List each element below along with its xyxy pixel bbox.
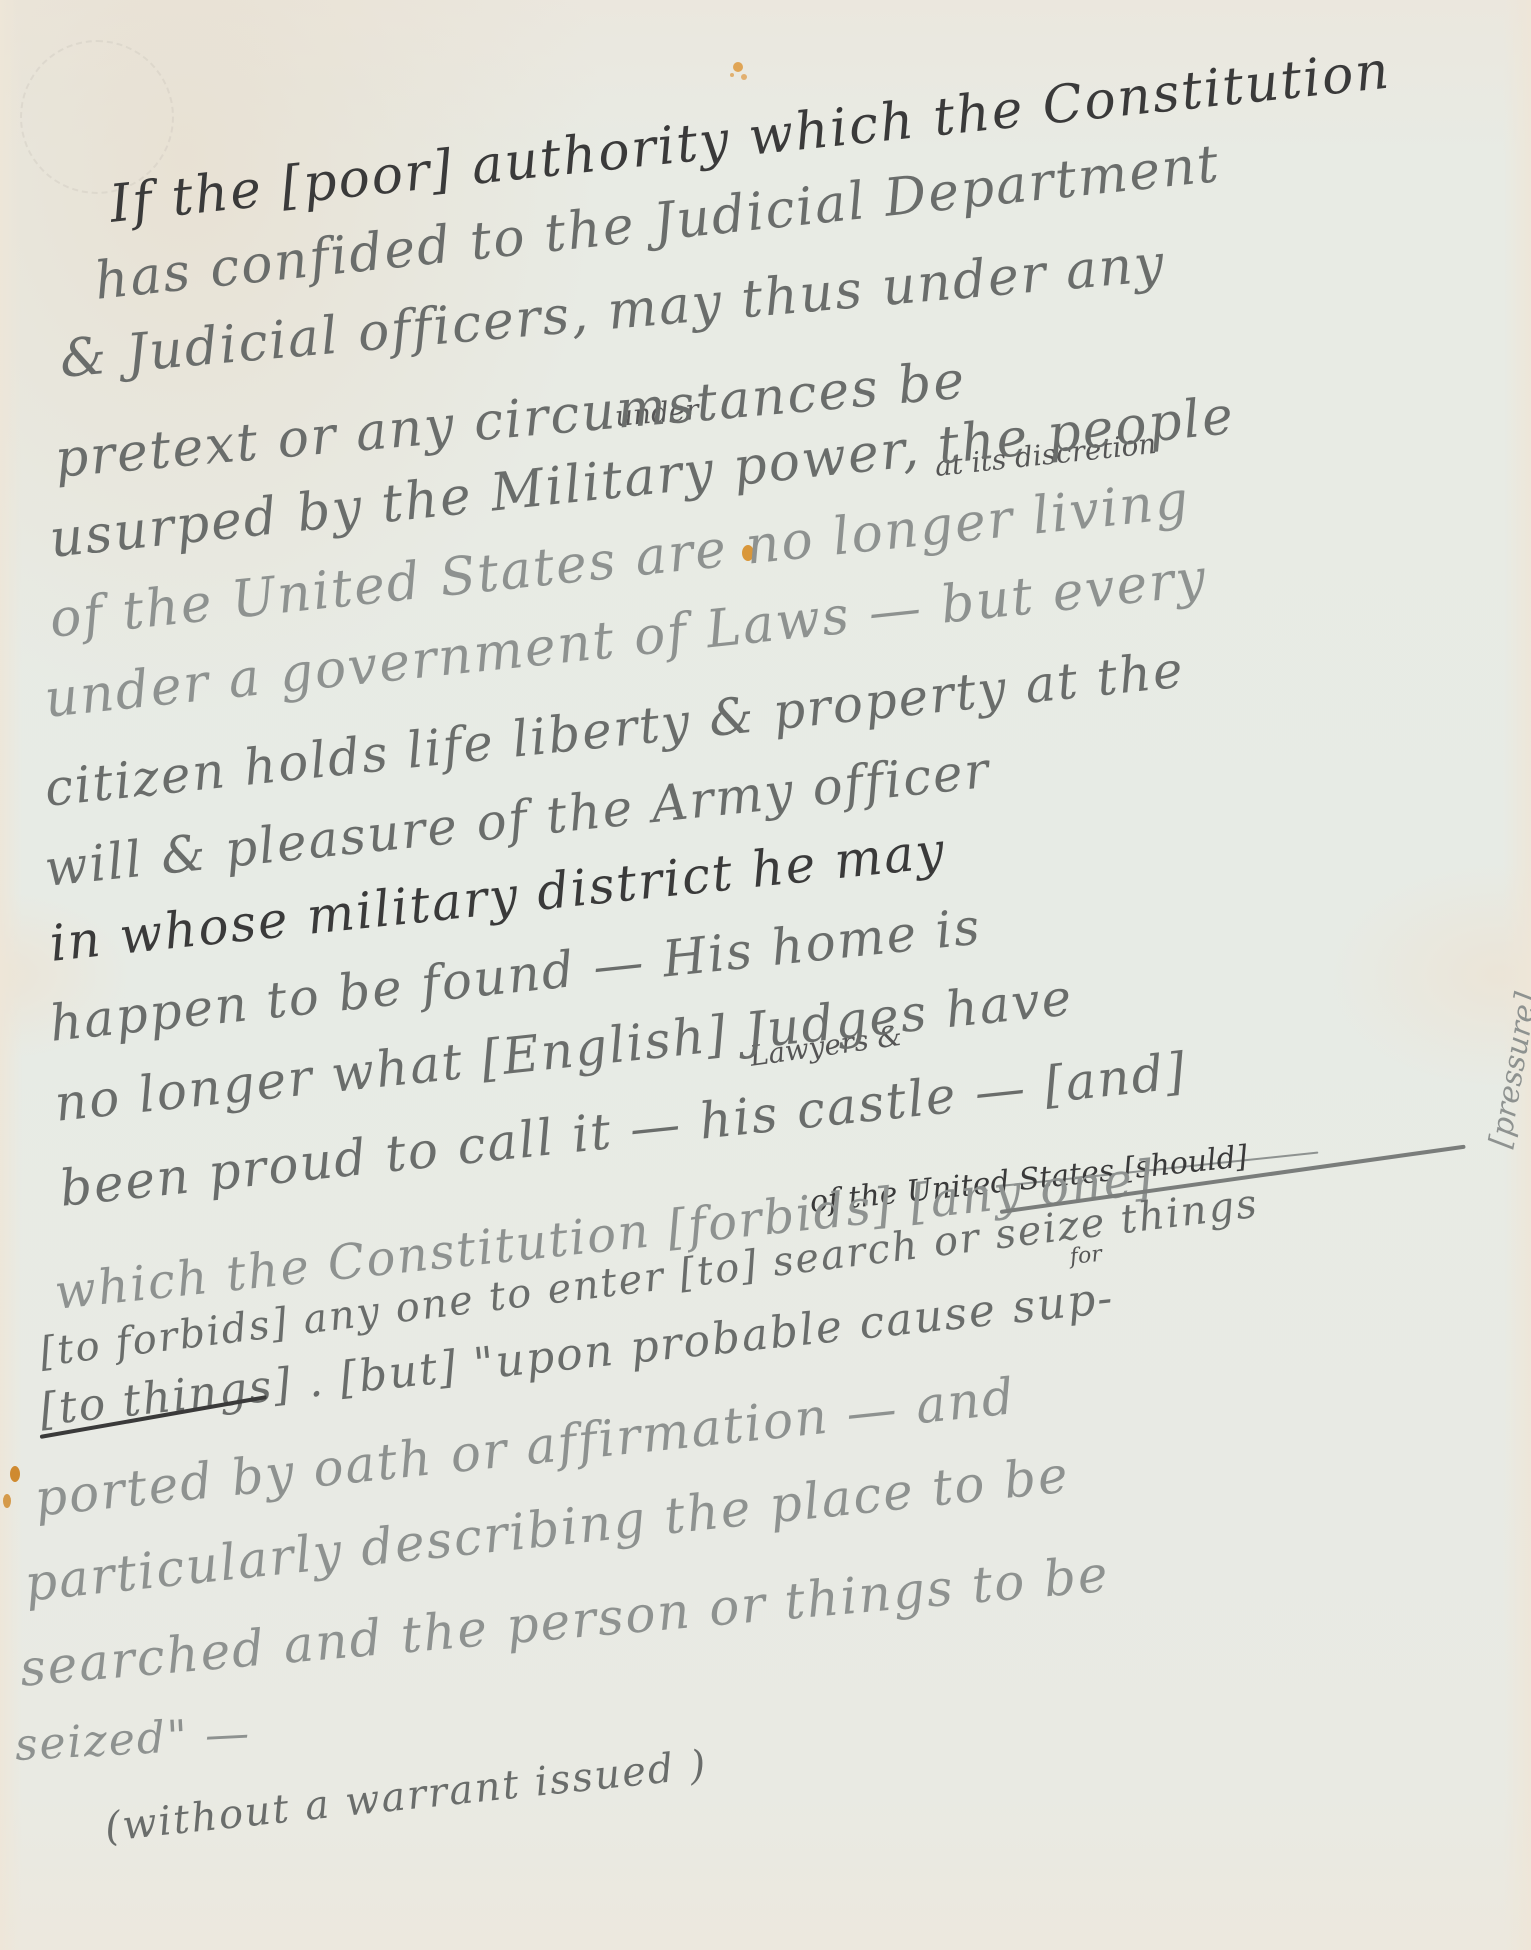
manuscript-line-20: seized" —	[14, 1708, 253, 1771]
stain-top	[733, 62, 743, 72]
line-text: seized" —	[14, 1708, 253, 1771]
paper-edge-right	[1503, 0, 1531, 1950]
stain-left-2	[3, 1494, 11, 1508]
stain-left-1	[10, 1466, 20, 1482]
manuscript-page: If the [poor] authority which the Consti…	[0, 0, 1531, 1950]
